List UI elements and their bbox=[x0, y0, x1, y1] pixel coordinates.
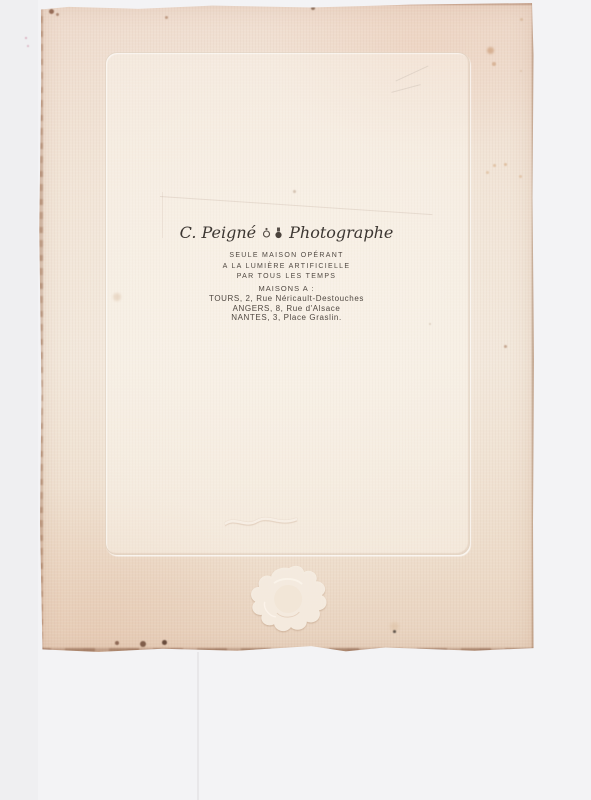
crest-emboss-icon bbox=[246, 560, 334, 638]
foxing-spot bbox=[504, 345, 507, 348]
foxing-spot bbox=[540, 543, 545, 548]
location-tours: TOURS, 2, Rue Néricault-Destouches bbox=[105, 294, 468, 304]
foxing-spot bbox=[504, 163, 507, 166]
foxing-spot bbox=[56, 13, 59, 16]
foxing-spot bbox=[115, 641, 119, 645]
foxing-spot bbox=[520, 70, 522, 72]
imprint-header: C. Peigné Photographe bbox=[105, 219, 468, 246]
photographer-name: C. Peigné bbox=[180, 219, 257, 246]
foxing-spot bbox=[520, 18, 523, 21]
foxing-spot bbox=[487, 47, 494, 54]
foxing-smudge bbox=[390, 622, 399, 631]
card-left-deckle-edge bbox=[39, 3, 43, 652]
ribbon-medal-icon bbox=[274, 227, 283, 239]
scanner-left-strip bbox=[0, 0, 38, 800]
foxing-spot bbox=[519, 175, 522, 178]
foxing-spot bbox=[393, 630, 396, 633]
foxing-spot bbox=[49, 9, 54, 14]
card-right-edge bbox=[532, 3, 534, 652]
scanner-background: C. Peigné Photographe SEULE MAISON OPÉRA… bbox=[0, 0, 591, 800]
foxing-spot bbox=[492, 62, 496, 66]
tagline-line-1: SEULE MAISON OPÉRANT bbox=[105, 251, 468, 262]
photographe-label: Photographe bbox=[289, 219, 393, 246]
foxing-spot bbox=[311, 6, 315, 10]
studio-imprint: C. Peigné Photographe SEULE MAISON OPÉRA… bbox=[105, 219, 468, 323]
photo-card-back: C. Peigné Photographe SEULE MAISON OPÉRA… bbox=[39, 3, 534, 652]
tagline-line-3: PAR TOUS LES TEMPS bbox=[105, 272, 468, 283]
card-top-edge bbox=[39, 3, 534, 5]
locations-heading: MAISONS A : bbox=[105, 284, 468, 295]
tagline-line-2: A LA LUMIÈRE ARTIFICIELLE bbox=[105, 262, 468, 273]
foxing-spot bbox=[162, 640, 167, 645]
location-angers: ANGERS, 8, Rue d'Alsace bbox=[105, 304, 468, 314]
card-bottom-deckle-edge bbox=[39, 648, 534, 652]
scanner-streak bbox=[197, 652, 199, 800]
laurel-medal-icon bbox=[262, 227, 271, 239]
medal-icons bbox=[262, 227, 283, 239]
location-nantes: NANTES, 3, Place Graslin. bbox=[105, 313, 468, 323]
foxing-spot bbox=[486, 171, 489, 174]
foxing-spot bbox=[165, 16, 168, 19]
foxing-spot bbox=[493, 164, 496, 167]
foxing-spot bbox=[140, 641, 146, 647]
